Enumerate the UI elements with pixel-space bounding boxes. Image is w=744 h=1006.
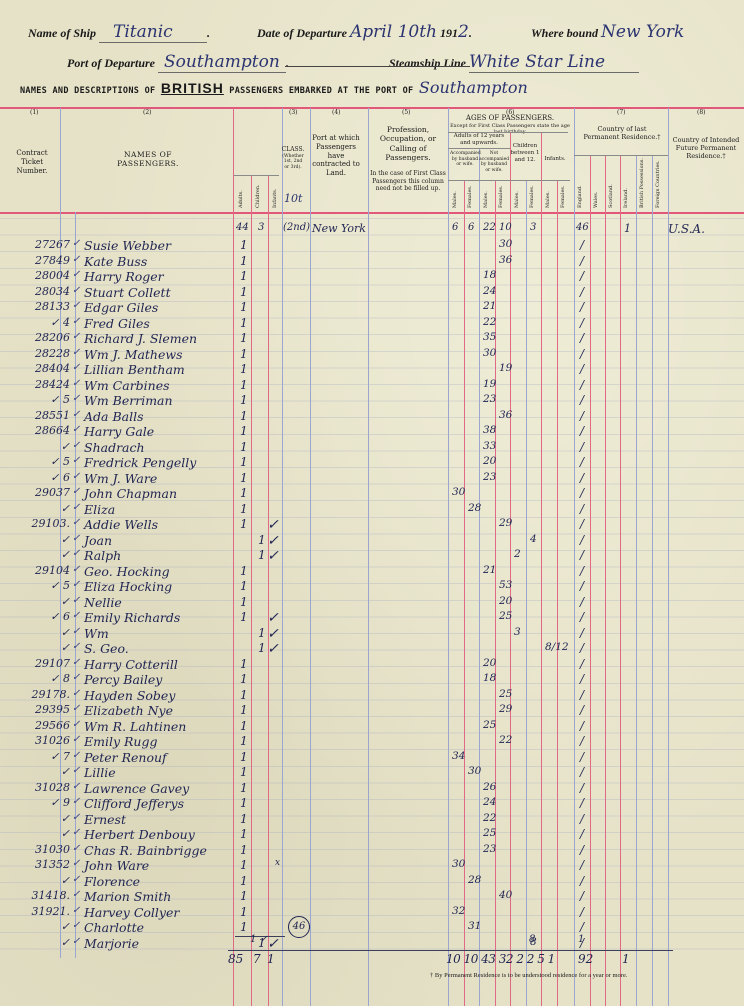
- adult-count: 1: [240, 564, 248, 578]
- divider: [285, 66, 470, 67]
- class-sub: (Whether 1st, 2nd or 3rd).: [281, 154, 305, 171]
- residence-label: England.: [577, 185, 583, 208]
- england-mark: /: [580, 378, 584, 392]
- class-header-note: 10t: [284, 192, 302, 205]
- ticket-number: 28228: [4, 347, 70, 360]
- adult-count: 1: [240, 331, 248, 345]
- tick-mark: ✓: [72, 331, 80, 342]
- england-mark: /: [580, 347, 584, 361]
- tick-mark: ✓: [72, 672, 80, 683]
- col7-number: (7): [617, 109, 626, 116]
- ticket-number: ✓ 8: [4, 672, 70, 685]
- tick-mark: ✓: [72, 641, 80, 652]
- title-nationality: BRITISH: [161, 80, 224, 96]
- passenger-row: ✓✓Florence128/: [0, 874, 744, 891]
- england-mark: /: [580, 595, 584, 609]
- passenger-name: Stuart Collett: [84, 285, 171, 300]
- passenger-age: 21: [483, 564, 496, 576]
- ticket-number: 31352: [4, 858, 70, 871]
- passenger-name: Geo. Hocking: [84, 564, 170, 579]
- tick-mark: ✓: [72, 812, 80, 823]
- passenger-name: Ralph: [84, 548, 121, 563]
- passenger-age: 30: [483, 347, 496, 359]
- adult-count: 1: [240, 657, 248, 671]
- tick-mark: ✓: [72, 843, 80, 854]
- tick-mark: ✓: [72, 889, 80, 900]
- tick-mark: ✓: [72, 238, 80, 249]
- tick-mark: ✓: [72, 378, 80, 389]
- residence-label: British Possessions.: [639, 158, 645, 208]
- england-mark: /: [580, 920, 584, 934]
- passenger-row: 28206✓Richard J. Slemen135/: [0, 331, 744, 348]
- england-mark: /: [580, 254, 584, 268]
- adult-child-subdivider: [234, 175, 279, 176]
- passenger-name: Marion Smith: [84, 889, 171, 904]
- passenger-age: 23: [483, 843, 496, 855]
- summary-england: 46: [576, 222, 589, 233]
- passenger-row: ✓ 4✓Fred Giles122/: [0, 316, 744, 333]
- summary-age: 10: [499, 222, 512, 233]
- age-sex-label: Males.: [483, 191, 489, 208]
- tick-mark: ✓: [72, 269, 80, 280]
- passenger-name: Edgar Giles: [84, 300, 158, 315]
- passenger-name: Eliza: [84, 502, 115, 517]
- ticket-number: 27849: [4, 254, 70, 267]
- passenger-row: 31352✓John Ware1x30/: [0, 858, 744, 875]
- adult-count: 1: [240, 688, 248, 702]
- passenger-age: 25: [483, 827, 496, 839]
- passenger-name: Percy Bailey: [84, 672, 162, 687]
- child-count: 1: [258, 626, 266, 640]
- col-header-last-residence: Country of last Permanent Residence.†: [580, 125, 664, 141]
- england-mark: /: [580, 362, 584, 376]
- tick-mark: ✓: [72, 827, 80, 838]
- ticket-number: ✓: [4, 765, 70, 778]
- england-mark: /: [580, 409, 584, 423]
- ticket-number: 28206: [4, 331, 70, 344]
- england-mark: /: [580, 657, 584, 671]
- passenger-row: 29395✓Elizabeth Nye129/: [0, 703, 744, 720]
- passenger-name: Ernest: [84, 812, 126, 827]
- passenger-age: 3: [514, 626, 521, 638]
- passenger-age: 2: [514, 548, 521, 560]
- passenger-row: 29566✓Wm R. Lahtinen125/: [0, 719, 744, 736]
- adult-count: 1: [240, 517, 248, 531]
- passenger-row: 29037✓John Chapman130/: [0, 486, 744, 503]
- title-suffix: PASSENGERS EMBARKED AT THE PORT OF: [229, 86, 413, 96]
- summary-row: 44 3 (2nd) New York 6622103 46 1 U.S.A.: [0, 222, 744, 239]
- port-line: Port of Departure Southampton.: [67, 52, 289, 73]
- class-check: ✓: [267, 626, 279, 642]
- england-mark: /: [580, 424, 584, 438]
- england-mark: /: [580, 843, 584, 857]
- passenger-age: 23: [483, 393, 496, 405]
- passenger-row: ✓✓Wm1✓3/: [0, 626, 744, 643]
- passenger-row: 27267✓Susie Webber130/: [0, 238, 744, 255]
- england-mark: /: [580, 719, 584, 733]
- col-header-future-residence: Country of Intended Future Permanent Res…: [672, 136, 740, 160]
- ticket-number: 27267: [4, 238, 70, 251]
- passenger-name: Elizabeth Nye: [84, 703, 173, 718]
- tick-mark: ✓: [72, 502, 80, 513]
- passenger-name: Wm R. Lahtinen: [84, 719, 186, 734]
- pre-total-children: 1 ✓: [250, 934, 268, 945]
- passenger-row: ✓✓Ralph1✓2/: [0, 548, 744, 565]
- tick-mark: ✓: [72, 734, 80, 745]
- tick-mark: ✓: [72, 409, 80, 420]
- passenger-age: 24: [483, 796, 496, 808]
- ticket-number: 28664: [4, 424, 70, 437]
- ticket-number: ✓: [4, 502, 70, 515]
- passenger-age: 20: [483, 657, 496, 669]
- footnote: † By Permanent Residence is to be unders…: [430, 972, 627, 979]
- tick-mark: ✓: [72, 579, 80, 590]
- sex-subdivider: [448, 180, 570, 181]
- passenger-name: Wm: [84, 626, 109, 641]
- port-value: Southampton: [164, 52, 280, 72]
- col-header-ticket: Contract Ticket Number.: [12, 149, 52, 175]
- passenger-row: ✓✓S. Geo.1✓8/12/: [0, 641, 744, 658]
- passenger-name: Lillian Bentham: [84, 362, 185, 377]
- passenger-age: 19: [483, 378, 496, 390]
- passenger-row: ✓ 5✓Eliza Hocking153/: [0, 579, 744, 596]
- passenger-row: 29107✓Harry Cotterill120/: [0, 657, 744, 674]
- ticket-number: ✓: [4, 548, 70, 561]
- top-rule: [0, 107, 744, 109]
- departure-date-label: Date of Departure: [257, 26, 347, 40]
- england-mark: /: [580, 533, 584, 547]
- ticket-number: 31026: [4, 734, 70, 747]
- passenger-age: 18: [483, 672, 496, 684]
- ticket-number: ✓: [4, 626, 70, 639]
- passenger-row: ✓✓Nellie120/: [0, 595, 744, 612]
- adult-count: 1: [240, 316, 248, 330]
- tick-mark: ✓: [72, 316, 80, 327]
- england-mark: /: [580, 688, 584, 702]
- ticket-number: 28404: [4, 362, 70, 375]
- line-line: Steamship Line White Star Line: [389, 52, 639, 73]
- ship-value: Titanic: [113, 22, 173, 42]
- tick-mark: ✓: [72, 936, 80, 947]
- passenger-age: 53: [499, 579, 512, 591]
- departure-year-printed: 191: [440, 26, 458, 40]
- ticket-number: ✓: [4, 920, 70, 933]
- passenger-row: 28228✓Wm J. Mathews130/: [0, 347, 744, 364]
- tick-mark: ✓: [72, 905, 80, 916]
- total-british-possessions: 1: [622, 952, 630, 966]
- passenger-age: 22: [483, 316, 496, 328]
- adult-count: 1: [240, 843, 248, 857]
- passenger-age: 29: [499, 703, 512, 715]
- ticket-number: ✓: [4, 827, 70, 840]
- passenger-age: 25: [483, 719, 496, 731]
- passenger-age: 25: [499, 688, 512, 700]
- passenger-name: Charlotte: [84, 920, 144, 935]
- tick-mark: ✓: [72, 455, 80, 466]
- passenger-age: 23: [483, 471, 496, 483]
- passenger-name: Joan: [84, 533, 112, 548]
- ticket-number: 29107: [4, 657, 70, 670]
- adult-count: 1: [240, 378, 248, 392]
- total-infants: 1: [267, 952, 275, 966]
- passenger-name: Florence: [84, 874, 140, 889]
- passenger-row: ✓✓Eliza128/: [0, 502, 744, 519]
- tick-mark: ✓: [72, 486, 80, 497]
- passenger-name: Emily Rugg: [84, 734, 157, 749]
- adult-count: 1: [240, 734, 248, 748]
- ticket-number: ✓ 6: [4, 610, 70, 623]
- tick-mark: ✓: [72, 362, 80, 373]
- totals-line: [228, 950, 673, 951]
- england-mark: /: [580, 440, 584, 454]
- ticket-number: 29566: [4, 719, 70, 732]
- col-header-not-accompanied: Not accompanied by husband or wife.: [479, 151, 509, 174]
- age-sex-label: Males.: [514, 191, 520, 208]
- passenger-age: 28: [468, 502, 481, 514]
- summary-british-possessions: 1: [624, 222, 631, 235]
- ticket-number: ✓: [4, 595, 70, 608]
- adult-count: 1: [240, 502, 248, 516]
- passenger-name: Ada Balls: [84, 409, 144, 424]
- title-prefix: NAMES AND DESCRIPTIONS OF: [20, 86, 155, 96]
- departure-date-value: April 10th: [350, 22, 437, 42]
- passenger-age: 33: [483, 440, 496, 452]
- date-line: Date of Departure April 10th 1912.: [257, 22, 472, 42]
- ticket-number: 31028: [4, 781, 70, 794]
- passenger-name: Fred Giles: [84, 316, 150, 331]
- passenger-age: 30: [468, 765, 481, 777]
- passenger-name: Chas R. Bainbrigge: [84, 843, 207, 858]
- col2-number: (2): [143, 109, 152, 116]
- passenger-name: Lillie: [84, 765, 116, 780]
- adult-count: 1: [240, 471, 248, 485]
- england-mark: /: [580, 564, 584, 578]
- passenger-age: 18: [483, 269, 496, 281]
- tick-mark: ✓: [72, 610, 80, 621]
- passenger-name: Nellie: [84, 595, 122, 610]
- col5-number: (5): [402, 109, 411, 116]
- bound-line: Where bound New York: [531, 22, 684, 42]
- tick-mark: ✓: [72, 874, 80, 885]
- sub-label-children: Children.: [255, 184, 261, 208]
- ticket-number: 29395: [4, 703, 70, 716]
- adults-subdivider: [448, 148, 510, 149]
- total-adults: 85: [228, 952, 243, 966]
- tick-mark: ✓: [72, 533, 80, 544]
- adult-count: 1: [240, 455, 248, 469]
- adult-count: 1: [240, 765, 248, 779]
- header-bottom-rule: [0, 212, 744, 214]
- england-mark: /: [580, 796, 584, 810]
- passenger-name: Wm Berriman: [84, 393, 173, 408]
- col1-number: (1): [30, 109, 39, 116]
- passenger-age: 28: [468, 874, 481, 886]
- adult-count: 1: [240, 827, 248, 841]
- passenger-age: 40: [499, 889, 512, 901]
- passenger-name: Wm Carbines: [84, 378, 170, 393]
- ticket-number: ✓: [4, 533, 70, 546]
- passenger-row: ✓ 5✓Wm Berriman123/: [0, 393, 744, 410]
- adult-count: 1: [240, 285, 248, 299]
- where-bound-label: Where bound: [531, 26, 598, 40]
- port-label: Port of Departure: [67, 56, 155, 70]
- england-mark: /: [580, 672, 584, 686]
- adult-count: 1: [240, 719, 248, 733]
- england-mark: /: [580, 610, 584, 624]
- adult-count: 1: [240, 796, 248, 810]
- child-count: 1: [258, 533, 266, 547]
- manifest-title: NAMES AND DESCRIPTIONS OF BRITISH PASSEN…: [20, 78, 528, 97]
- passenger-name: Shadrach: [84, 440, 145, 455]
- passenger-row: 28034✓Stuart Collett124/: [0, 285, 744, 302]
- adult-count: 1: [240, 703, 248, 717]
- passenger-row: ✓✓Ernest122/: [0, 812, 744, 829]
- steamship-line-label: Steamship Line: [389, 56, 466, 70]
- class-check: ✓: [267, 641, 279, 657]
- ticket-number: 28004: [4, 269, 70, 282]
- ticket-number: 31030: [4, 843, 70, 856]
- summary-future-residence: U.S.A.: [668, 222, 705, 236]
- passenger-row: ✓ 6✓Wm J. Ware123/: [0, 471, 744, 488]
- adult-count: 1: [240, 874, 248, 888]
- adult-count: 1: [240, 595, 248, 609]
- ticket-number: 28034: [4, 285, 70, 298]
- age-sex-label: Females.: [467, 185, 473, 208]
- ticket-number: 29178.: [4, 688, 70, 701]
- passenger-row: ✓✓Joan1✓4/: [0, 533, 744, 550]
- class-label: CLASS.: [281, 146, 305, 154]
- passenger-row: 28133✓Edgar Giles121/: [0, 300, 744, 317]
- adult-count: 1: [240, 409, 248, 423]
- col-header-accompanied: Accompanied by husband or wife.: [450, 151, 480, 168]
- residence-label: Wales.: [593, 192, 599, 208]
- england-mark: /: [580, 471, 584, 485]
- ticket-number: 28133: [4, 300, 70, 313]
- tick-mark: ✓: [72, 688, 80, 699]
- tick-mark: ✓: [72, 750, 80, 761]
- tick-mark: ✓: [72, 548, 80, 559]
- england-mark: /: [580, 812, 584, 826]
- where-bound-value: New York: [601, 22, 684, 42]
- passenger-name: Susie Webber: [84, 238, 171, 253]
- age-sex-label: Females.: [498, 185, 504, 208]
- england-mark: /: [580, 905, 584, 919]
- passenger-age: 25: [499, 610, 512, 622]
- passenger-row: 31028✓Lawrence Gavey126/: [0, 781, 744, 798]
- ticket-number: 29037: [4, 486, 70, 499]
- passenger-row: 27849✓Kate Buss136/: [0, 254, 744, 271]
- class-check: ✓: [267, 548, 279, 564]
- passenger-name: Harry Cotterill: [84, 657, 178, 672]
- class-check: ✓: [267, 517, 279, 533]
- passenger-age: 31: [468, 920, 481, 932]
- age-sex-label: Males.: [452, 191, 458, 208]
- tick-mark: ✓: [72, 657, 80, 668]
- col-header-infants: Infants.: [540, 156, 570, 163]
- passenger-age: 36: [499, 254, 512, 266]
- circled-total: 46: [288, 916, 310, 938]
- adult-count: 1: [240, 269, 248, 283]
- ticket-number: ✓ 5: [4, 455, 70, 468]
- passenger-age: 30: [452, 858, 465, 870]
- residence-label: Scotland.: [608, 184, 614, 208]
- passenger-age: 8/12: [545, 641, 569, 653]
- col-header-children: Children between 1 and 12.: [510, 143, 540, 164]
- england-mark: /: [580, 827, 584, 841]
- passenger-name: John Chapman: [84, 486, 177, 501]
- passenger-age: 30: [499, 238, 512, 250]
- ticket-number: ✓: [4, 936, 70, 949]
- sub-label-infants: Infants.: [272, 189, 278, 208]
- passenger-age: 29: [499, 517, 512, 529]
- summary-age: 3: [530, 222, 536, 233]
- residence-label: Foreign Countries.: [655, 160, 661, 208]
- passenger-row: 28551✓Ada Balls136/: [0, 409, 744, 426]
- passenger-name: Fredrick Pengelly: [84, 455, 196, 470]
- adult-count: 1: [240, 254, 248, 268]
- tick-mark: ✓: [72, 796, 80, 807]
- title-port-value: Southampton: [419, 78, 528, 97]
- england-mark: /: [580, 502, 584, 516]
- adult-count: 1: [240, 750, 248, 764]
- passenger-row: 28424✓Wm Carbines119/: [0, 378, 744, 395]
- age-sex-label: Females.: [560, 185, 566, 208]
- passenger-row: ✓✓Shadrach133/: [0, 440, 744, 457]
- passenger-name: Hayden Sobey: [84, 688, 175, 703]
- passenger-age: 20: [499, 595, 512, 607]
- passenger-age: 26: [483, 781, 496, 793]
- passenger-name: John Ware: [84, 858, 149, 873]
- tick-mark: ✓: [72, 765, 80, 776]
- tick-mark: ✓: [72, 285, 80, 296]
- ticket-number: ✓: [4, 812, 70, 825]
- passenger-age: 35: [483, 331, 496, 343]
- pre-total-bp: 1: [578, 934, 584, 945]
- england-mark: /: [580, 331, 584, 345]
- departure-year-handwritten: 2: [458, 22, 469, 42]
- tick-mark: ✓: [72, 858, 80, 869]
- adult-count: 1: [240, 889, 248, 903]
- tick-mark: ✓: [72, 781, 80, 792]
- passenger-row: ✓ 5✓Fredrick Pengelly120/: [0, 455, 744, 472]
- child-count: 1: [258, 641, 266, 655]
- tick-mark: ✓: [72, 424, 80, 435]
- adult-count: 1: [240, 812, 248, 826]
- england-mark: /: [580, 300, 584, 314]
- summary-port: New York: [312, 222, 366, 235]
- margin-mark: x: [275, 858, 280, 868]
- passenger-name: S. Geo.: [84, 641, 129, 656]
- col-header-profession-note: In the case of First Class Passengers th…: [368, 170, 448, 193]
- england-mark: /: [580, 734, 584, 748]
- steamship-line-value: White Star Line: [469, 52, 605, 72]
- passenger-age: 30: [452, 486, 465, 498]
- summary-age: 6: [452, 222, 458, 233]
- passenger-age: 38: [483, 424, 496, 436]
- total-ages: 10 10 43 32 2 2 5 1: [446, 952, 555, 966]
- adult-count: 1: [240, 579, 248, 593]
- col-header-class: CLASS. (Whether 1st, 2nd or 3rd).: [281, 146, 305, 170]
- england-mark: /: [580, 548, 584, 562]
- passenger-row: ✓✓Herbert Denbouy125/: [0, 827, 744, 844]
- residence-subdivider: [574, 155, 668, 156]
- england-mark: /: [580, 238, 584, 252]
- england-mark: /: [580, 486, 584, 500]
- adult-count: 1: [240, 424, 248, 438]
- passenger-row: 28404✓Lillian Bentham119/: [0, 362, 744, 379]
- passenger-row: ✓ 7✓Peter Renouf134/: [0, 750, 744, 767]
- ticket-number: ✓: [4, 641, 70, 654]
